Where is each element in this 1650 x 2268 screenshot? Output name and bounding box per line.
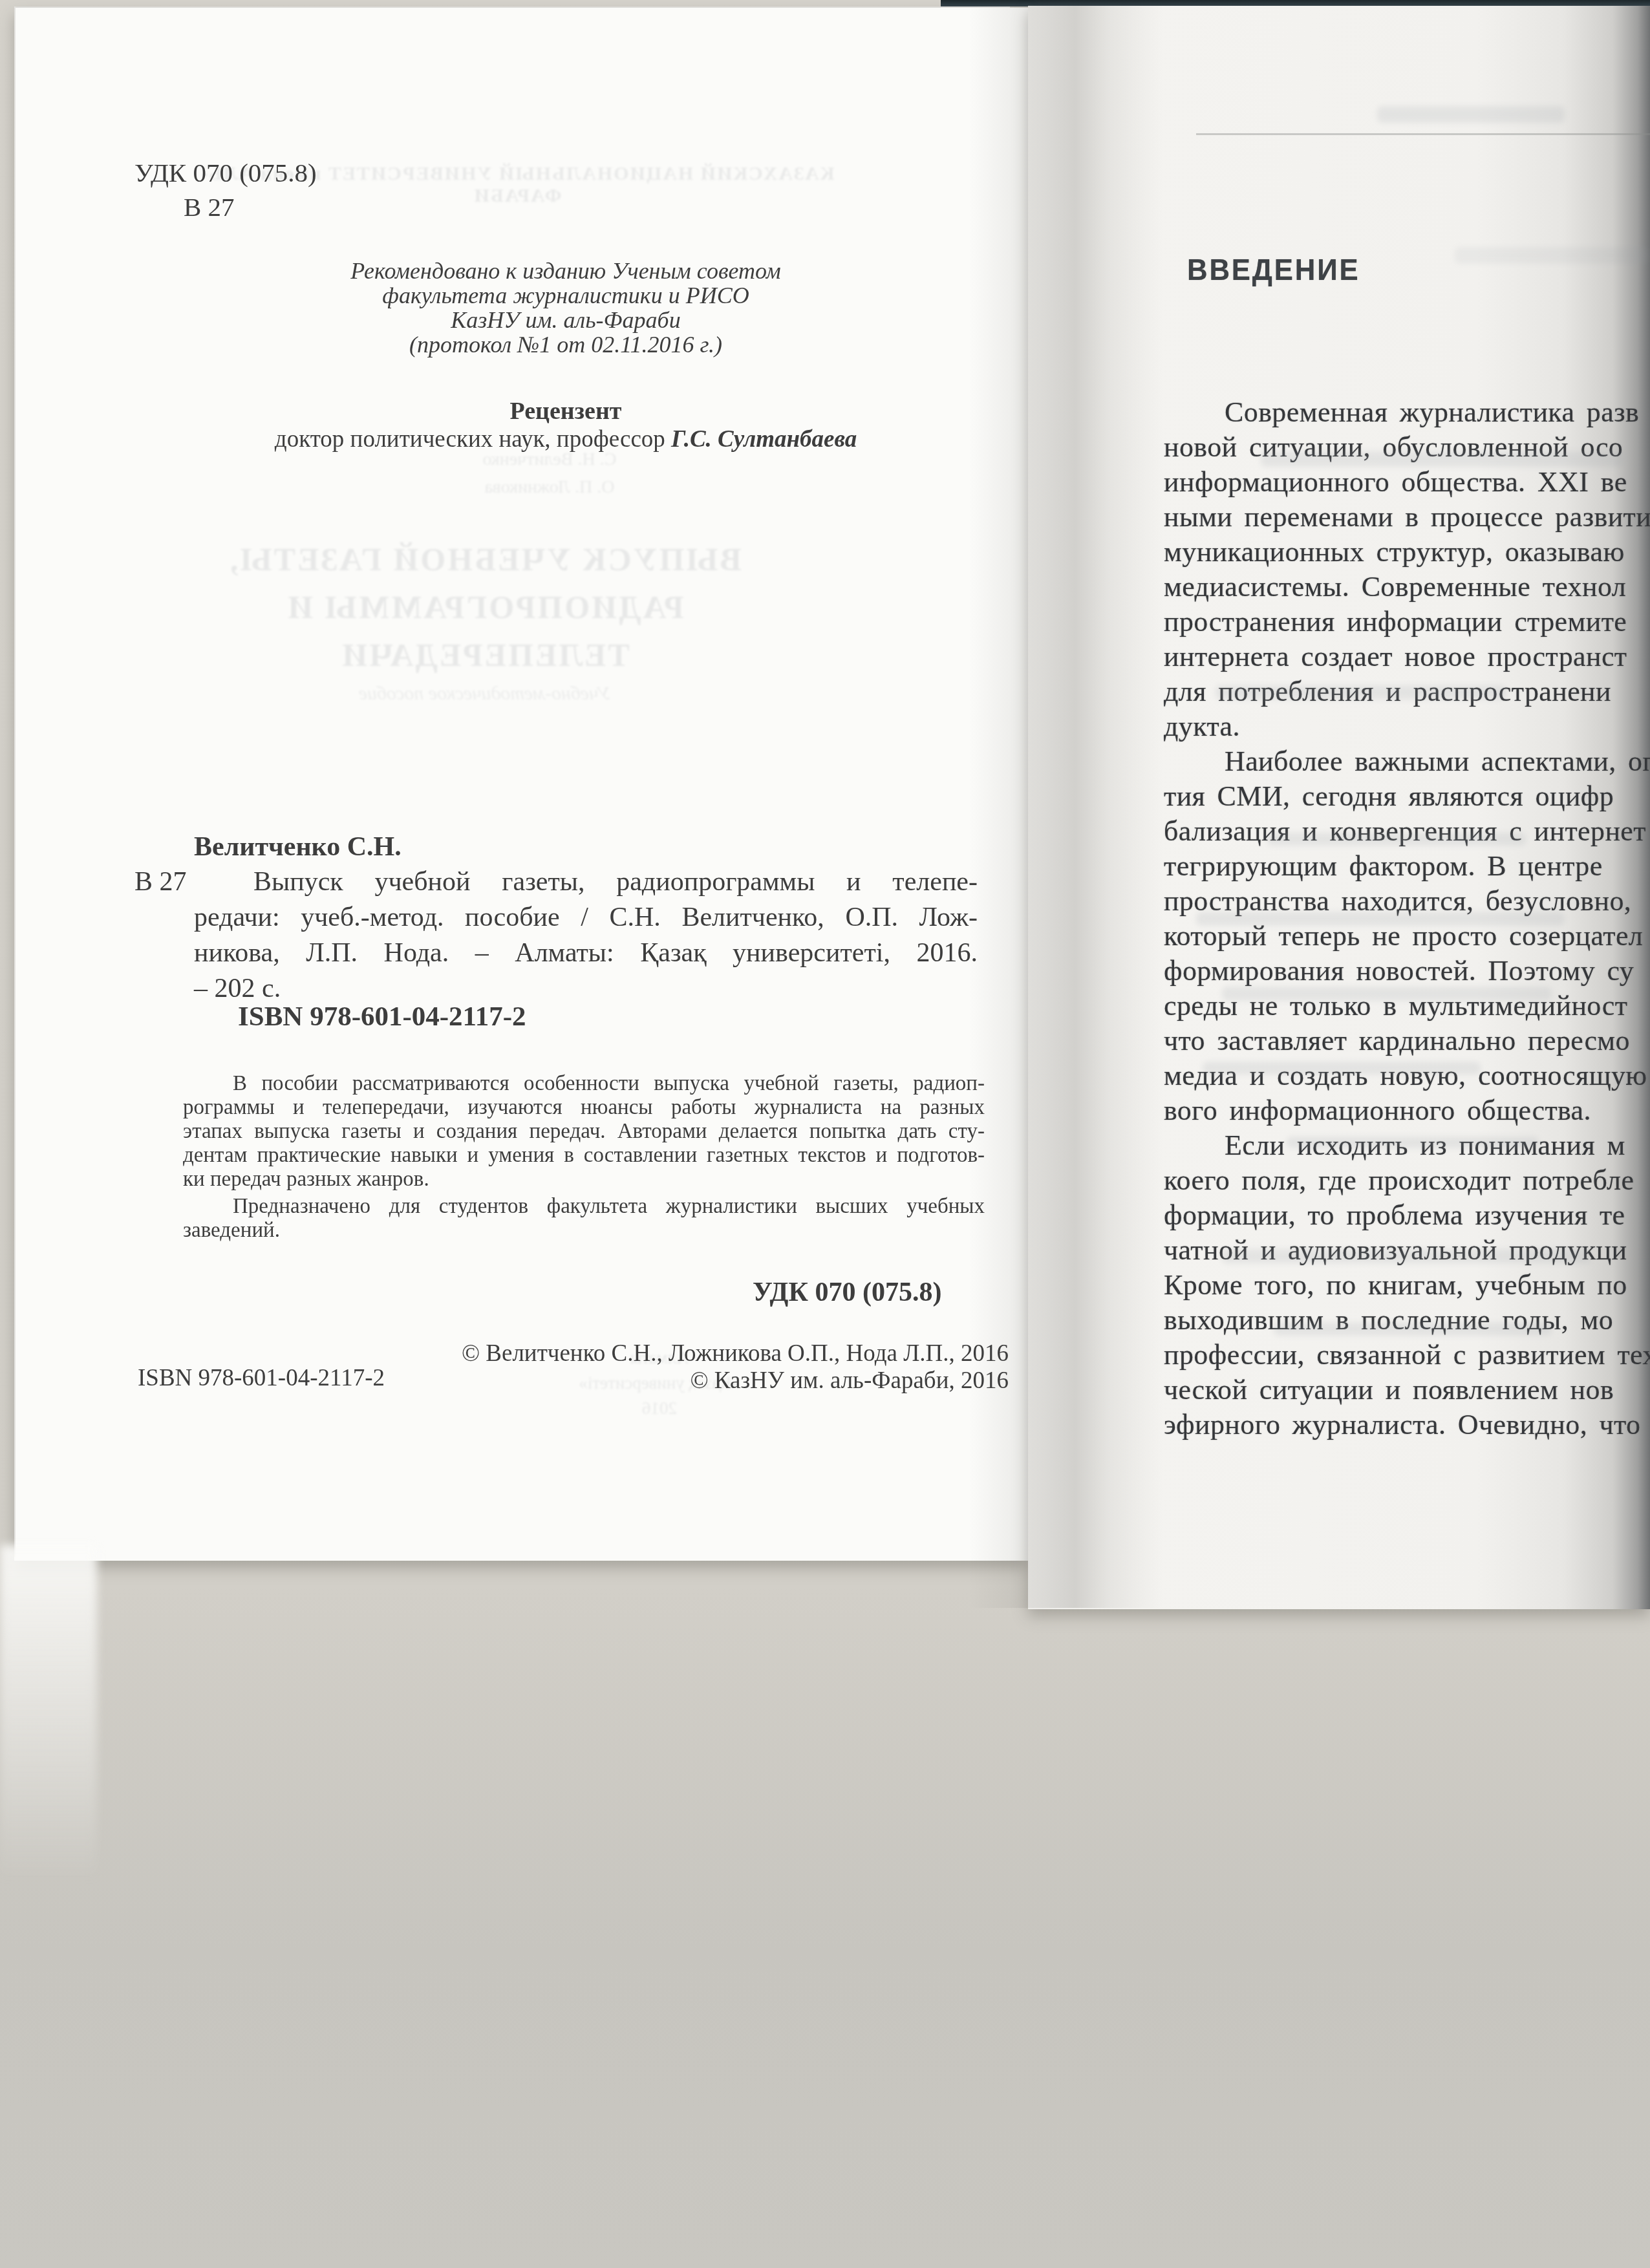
- reviewer-name: Г.С. Султанбаева: [671, 426, 857, 453]
- introduction-line: Наиболее важными аспектами, оп: [1225, 745, 1650, 778]
- recommendation-line: Рекомендовано к изданию Ученым советом: [194, 259, 937, 283]
- ghost-showthrough-bar: [1455, 247, 1649, 264]
- introduction-line: что заставляет кардинально пересмо: [1164, 1024, 1630, 1057]
- copyright-publisher: © КазНУ им. аль-Фараби, 2016: [414, 1367, 1009, 1395]
- udc-bottom: УДК 070 (075.8): [753, 1277, 941, 1308]
- annotation-line: В пособии рассматриваются особенности вы…: [233, 1072, 985, 1096]
- catalog-line: никова, Л.П. Нода. – Алматы: Қазақ униве…: [194, 937, 978, 968]
- introduction-line: вого информационного общества.: [1164, 1094, 1591, 1127]
- udc-code-line1: УДК 070 (075.8): [134, 157, 317, 188]
- introduction-line: муникационных структур, оказываю: [1164, 535, 1625, 568]
- ghost-showthrough-bar: [1222, 1249, 1591, 1263]
- annotation-line: Предназначено для студентов факультета ж…: [233, 1195, 985, 1219]
- ghost-header-rule: [1196, 133, 1650, 135]
- catalog-author-heading: Велитченко С.Н.: [194, 831, 402, 862]
- copyright-authors: © Велитченко С.Н., Ложникова О.П., Нода …: [414, 1340, 1009, 1367]
- ghost-book-title: ВЫПУСК УЧЕБНОЙ ГАЗЕТЫ, РАДИОПРОГРАММЫ И …: [155, 535, 815, 679]
- recommendation-line: (протокол №1 от 02.11.2016 г.): [194, 332, 937, 357]
- introduction-line: медиасистемы. Современные технол: [1164, 570, 1626, 603]
- annotation-line: этапах выпуска газеты и создания передач…: [183, 1120, 985, 1144]
- introduction-line: информационного общества. XXI ве: [1164, 465, 1627, 498]
- introduction-line: тегрирующим фактором. В центре: [1164, 850, 1603, 883]
- recommendation-block: Рекомендовано к изданию Ученым советом ф…: [194, 259, 937, 357]
- scanned-book-spread: КАЗАХСКИЙ НАЦИОНАЛЬНЫЙ УНИВЕРСИТЕТ имени…: [0, 0, 1650, 2268]
- catalog-label: В 27: [134, 866, 187, 897]
- isbn-bottom: ISBN 978-601-04-2117-2: [138, 1364, 385, 1392]
- ghost-showthrough-bar: [1261, 451, 1623, 467]
- introduction-line: эфирного журналиста. Очевидно, что: [1164, 1408, 1640, 1441]
- catalog-line: Выпуск учебной газеты, радиопрограммы и …: [253, 866, 978, 897]
- ghost-running-head-bar: [1377, 106, 1565, 123]
- recommendation-line: КазНУ им. аль-Фараби: [194, 308, 937, 332]
- ghost-showthrough-bar: [1216, 685, 1506, 700]
- ghost-showthrough-bar: [1287, 1137, 1539, 1148]
- left-page-left-edge: [14, 6, 16, 1557]
- ghost-author-2: О. П. Ложникова: [420, 477, 679, 498]
- ghost-subtitle: Учебно-методическое пособие: [246, 683, 724, 705]
- ghost-showthrough-bar: [1203, 1062, 1481, 1075]
- introduction-line: дукта.: [1164, 710, 1240, 743]
- catalog-line: редачи: учеб.-метод. пособие / С.Н. Вели…: [194, 902, 978, 933]
- introduction-line: Современная журналистика разв: [1225, 396, 1639, 429]
- left-page-top-edge: [14, 6, 1010, 8]
- introduction-line: интернета создает новое пространст: [1164, 640, 1627, 673]
- scanner-light-glow: [0, 1545, 97, 1881]
- introduction-heading: ВВЕДЕНИЕ: [1187, 252, 1360, 287]
- introduction-line: пространения информации стремите: [1164, 605, 1627, 638]
- ghost-author-1: С. Н. Велитченко: [420, 449, 679, 470]
- ghost-showthrough-bar: [1267, 833, 1526, 846]
- annotation-line: ки передач разных жанров.: [183, 1168, 429, 1192]
- introduction-line: формации, то проблема изучения те: [1164, 1199, 1625, 1232]
- ghost-book-title-line1: ВЫПУСК УЧЕБНОЙ ГАЗЕТЫ,: [155, 535, 815, 583]
- introduction-line: ными переменами в процессе развити: [1164, 500, 1650, 533]
- reviewer-title: доктор политических наук, профессор: [275, 426, 671, 453]
- ghost-imprint-year: 2016: [530, 1398, 789, 1418]
- ghost-showthrough-bar: [1274, 1323, 1552, 1336]
- catalog-line: – 202 с.: [194, 973, 281, 1004]
- introduction-line: ческой ситуации и появлением нов: [1164, 1373, 1614, 1406]
- isbn-main: ISBN 978-601-04-2117-2: [238, 1001, 526, 1032]
- udc-code-line2: В 27: [184, 191, 235, 222]
- introduction-line: Кроме того, по книгам, учебным по: [1164, 1268, 1627, 1301]
- recommendation-line: факультета журналистики и РИСО: [194, 283, 937, 308]
- ghost-showthrough-bar: [1222, 987, 1552, 1001]
- left-page: [14, 8, 1028, 1561]
- introduction-line: коего поля, где происходит потребле: [1164, 1164, 1634, 1197]
- introduction-line: тия СМИ, сегодня являются оцифр: [1164, 780, 1614, 813]
- reviewer-heading: Рецензент: [194, 397, 937, 425]
- ghost-showthrough-bar: [1196, 912, 1565, 926]
- annotation-line: рограммы и телепередачи, изучаются нюанс…: [183, 1096, 985, 1120]
- annotation-line: заведений.: [183, 1219, 280, 1243]
- introduction-line: профессии, связанной с развитием тех: [1164, 1338, 1650, 1371]
- annotation-line: дентам практические навыки и умения в со…: [183, 1144, 985, 1168]
- ghost-book-title-line2: РАДИОПРОГРАММЫ И ТЕЛЕПЕРЕДАЧИ: [155, 583, 815, 679]
- introduction-line: формирования новостей. Поэтому су: [1164, 954, 1634, 987]
